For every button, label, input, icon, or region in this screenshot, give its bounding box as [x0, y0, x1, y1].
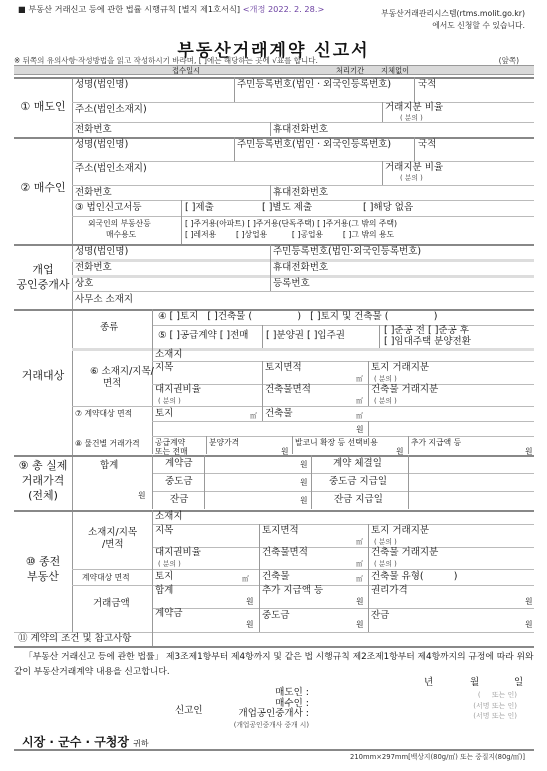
prev-loc-label-1: 소재지/지목 — [88, 527, 137, 539]
grid-line — [408, 455, 409, 509]
buyer-address-field[interactable]: 주소(법인소재지) — [75, 163, 147, 175]
target-label: 거래대상 — [14, 368, 72, 383]
foreign-purpose-label-2: 매수용도 — [106, 229, 136, 241]
grid-line — [72, 348, 534, 351]
buyer-mobile-field[interactable]: 휴대전화번호 — [273, 187, 328, 199]
declaration-text: 「부동산 거래신고 등에 관한 법률」 제3조제1항부터 제4항까지 및 같은 … — [14, 650, 534, 680]
sqm-unit: ㎡ — [356, 410, 363, 422]
middle-date-label: 중도금 지급일 — [329, 476, 387, 488]
total-label-1: ⑨ 총 실제 — [12, 458, 74, 473]
prev-balance-field[interactable]: 잔금 — [371, 610, 389, 622]
period-value: 지체없이 — [381, 66, 409, 76]
grid-line — [382, 161, 383, 185]
online-notice-line1: 부동산거래관리시스템(rtms.molit.go.kr) — [381, 8, 525, 20]
balance-label: 잔금 — [170, 494, 188, 506]
prev-building-type-field[interactable]: 건축물 유형( ) — [371, 571, 458, 583]
agent-office-field[interactable]: 사무소 소재지 — [75, 294, 133, 306]
seller-share-fraction: ( 분의 ) — [400, 112, 423, 124]
seller-id-field[interactable]: 주민등록번호(법인 · 외국인등록번호) — [237, 79, 391, 91]
sqm-unit: ㎡ — [250, 410, 257, 422]
buyer-share-fraction: ( 분의 ) — [400, 172, 423, 184]
corp-report-none-checkbox[interactable]: [ ]해당 없음 — [363, 202, 413, 214]
prev-right-price-field[interactable]: 권리가격 — [371, 585, 408, 597]
grid-line — [234, 77, 235, 102]
grid-line — [414, 77, 415, 102]
revision-date: <개정 2022. 2. 28.> — [243, 4, 325, 14]
won-unit: 원 — [525, 619, 533, 631]
total-sum-label: 합계 — [100, 460, 118, 472]
grid-line — [414, 137, 415, 161]
kind-row4-options[interactable]: ④ [ ]토지 [ ]건축물 ( ) [ ]토지 및 건축물 ( ) — [158, 311, 437, 323]
seal-seller[interactable]: ( 또는 인) — [473, 690, 517, 701]
buyer-phone-field[interactable]: 전화번호 — [75, 187, 112, 199]
buyer-label: ② 매수인 — [14, 180, 72, 195]
grid-line — [292, 436, 293, 454]
total-label-3: (전체) — [12, 488, 74, 503]
grid-line — [72, 161, 534, 162]
previous-label-1: ⑩ 종전 — [14, 554, 72, 569]
agent-phone-field[interactable]: 전화번호 — [75, 262, 112, 274]
prev-building-area-field[interactable]: 건축물면적 — [262, 547, 308, 559]
foreign-purpose-options-row2[interactable]: [ ]레저용 [ ]상업용 [ ]공업용 [ ]그 밖의 용도 — [185, 229, 394, 241]
signer-agent-note: (개업공인중개사 중개 시) — [234, 720, 309, 731]
grid-line — [152, 510, 153, 633]
loc-label-2: 면적 — [103, 378, 121, 390]
target-land-category-field[interactable]: 지목 — [155, 362, 173, 374]
sqm-unit: ㎡ — [356, 536, 363, 548]
prev-deposit-field[interactable]: 계약금 — [155, 608, 183, 620]
paper-spec: 210mm×297mm[백상지(80g/㎡) 또는 중질지(80g/㎡)] — [350, 751, 525, 761]
grid-line — [72, 291, 534, 292]
grid-line — [152, 384, 534, 385]
grid-line — [72, 569, 534, 570]
agent-label-1: 개업 — [14, 262, 72, 277]
won-unit: 원 — [525, 596, 533, 608]
prev-contract-land-field[interactable]: 토지 — [155, 571, 173, 583]
seller-mobile-field[interactable]: 휴대전화번호 — [273, 124, 328, 136]
signature-seals: ( 또는 인) (서명 또는 인) (서명 또는 인) — [473, 690, 517, 722]
seller-nationality-field[interactable]: 국적 — [418, 79, 436, 91]
grid-line — [152, 361, 534, 362]
seller-address-field[interactable]: 주소(법인소재지) — [75, 104, 147, 116]
corp-report-separate-checkbox[interactable]: [ ]별도 제출 — [262, 202, 312, 214]
fraction-unit: ( 분의 ) — [158, 558, 181, 570]
grid-line — [262, 325, 263, 348]
reception-bar: 접수일시 처리기간 지체없이 — [14, 65, 534, 75]
prev-loc-label-2: /면적 — [102, 539, 124, 551]
fraction-unit: ( 분의 ) — [374, 395, 397, 407]
extra-payment-field[interactable]: 추가 지급액 등 — [411, 437, 461, 449]
prev-amount-label: 거래금액 — [93, 598, 130, 610]
prev-contract-building-field[interactable]: 건축물 — [262, 571, 290, 583]
agent-firm-field[interactable]: 상호 — [75, 278, 93, 290]
contract-area-label: ⑦ 계약대상 면적 — [75, 408, 132, 420]
prev-land-category-field[interactable]: 지목 — [155, 525, 173, 537]
kind-row5-supply-options[interactable]: ⑤ [ ]공급계약 [ ]전매 — [158, 330, 248, 342]
won-unit: 원 — [300, 459, 308, 471]
law-reference: ■ 부동산 거래신고 등에 관한 법률 시행규칙 [별지 제1호서식] <개정 … — [18, 4, 324, 15]
contract-land-area-field[interactable]: 토지 — [155, 408, 173, 420]
signer-list: 매도인 : 매수인 : 개업공인중개사 : (개업공인중개사 중개 시) — [234, 688, 309, 730]
seller-name-field[interactable]: 성명(법인명) — [75, 79, 128, 91]
prev-land-area-field[interactable]: 토지면적 — [262, 525, 299, 537]
contract-date-label: 계약 체결일 — [333, 458, 382, 470]
online-notice: 부동산거래관리시스템(rtms.molit.go.kr) 에서도 신청할 수 있… — [381, 8, 525, 32]
agent-mobile-field[interactable]: 휴대전화번호 — [273, 262, 328, 274]
grid-line — [152, 632, 153, 646]
sqm-unit: ㎡ — [356, 395, 363, 407]
grid-line — [206, 436, 207, 454]
corp-report-label: ③ 법인신고서등 — [75, 202, 142, 214]
grid-line — [72, 185, 534, 186]
prev-location-field[interactable]: 소재지 — [155, 511, 183, 523]
grid-line — [14, 510, 534, 512]
agent-name-field[interactable]: 성명(법인명) — [75, 246, 128, 258]
reporter-label: 신고인 — [175, 705, 203, 717]
agent-reg-no-field[interactable]: 등록번호 — [273, 278, 310, 290]
grid-line — [72, 102, 534, 103]
won-unit: 원 — [246, 596, 254, 608]
won-unit: 원 — [356, 619, 364, 631]
loc-label-1: ⑥ 소재지/지목/ — [90, 366, 154, 378]
signer-agent: 개업공인중개사 : — [234, 709, 309, 720]
grid-line — [259, 524, 260, 632]
balcony-cost-field[interactable]: 발코니 확장 등 선택비용 — [295, 437, 378, 449]
prev-middle-field[interactable]: 중도금 — [262, 610, 290, 622]
sqm-unit: ㎡ — [356, 558, 363, 570]
addressee: 시장 · 군수 · 구청장 귀하 — [22, 733, 149, 750]
grid-line — [382, 102, 383, 122]
grid-line — [72, 406, 534, 407]
grid-line — [152, 325, 534, 326]
grid-line — [234, 137, 235, 161]
grid-line — [368, 421, 369, 436]
grid-line — [152, 524, 534, 525]
buyer-id-field[interactable]: 주민등록번호(법인 · 외국인등록번호) — [237, 139, 391, 151]
seal-agent[interactable]: (서명 또는 인) — [473, 711, 517, 722]
grid-line — [72, 216, 534, 217]
agent-id-field[interactable]: 주민등록번호(법인·외국인등록번호) — [273, 246, 421, 258]
grid-line — [270, 122, 271, 136]
balance-date-label: 잔금 지급일 — [334, 494, 383, 506]
fraction-unit: ( 분의 ) — [374, 558, 397, 570]
grid-line — [72, 122, 534, 123]
won-unit: 원 — [246, 619, 254, 631]
price-by-item-label: ⑧ 물건별 거래가격 — [75, 438, 140, 450]
fraction-unit: ( 분의 ) — [158, 395, 181, 407]
grid-line — [152, 547, 534, 548]
won-unit: 원 — [300, 495, 308, 507]
grid-line — [270, 185, 271, 200]
grid-line — [152, 608, 534, 609]
buyer-nationality-field[interactable]: 국적 — [418, 139, 436, 151]
won-unit: 원 — [356, 596, 364, 608]
target-building-area-field[interactable]: 건축물면적 — [265, 384, 311, 396]
period-label: 처리기간 — [336, 66, 364, 76]
law-reference-text: ■ 부동산 거래신고 등에 관한 법률 시행규칙 [별지 제1호서식] — [18, 4, 240, 14]
grid-line — [311, 455, 312, 509]
prev-extra-field[interactable]: 추가 지급액 등 — [262, 585, 323, 597]
grid-line — [14, 646, 534, 648]
grid-line — [152, 473, 534, 474]
signer-seller: 매도인 : — [234, 688, 309, 699]
grid-line — [152, 309, 153, 454]
conditions-label: ⑪ 계약의 조건 및 참고사항 — [18, 633, 131, 645]
corp-report-submit-checkbox[interactable]: [ ]제출 — [185, 202, 214, 214]
sqm-unit: ㎡ — [356, 573, 363, 585]
grid-line — [181, 200, 182, 244]
buyer-name-field[interactable]: 성명(법인명) — [75, 139, 128, 151]
middle-payment-label: 중도금 — [165, 476, 193, 488]
grid-line — [262, 361, 263, 421]
grid-line — [14, 455, 534, 457]
grid-line — [152, 455, 153, 509]
grid-line — [408, 436, 409, 454]
seal-buyer[interactable]: (서명 또는 인) — [473, 701, 517, 712]
target-location-field[interactable]: 소재지 — [155, 349, 183, 361]
date-day[interactable]: 일 — [514, 677, 523, 689]
grid-line — [152, 491, 534, 492]
sale-price-field[interactable]: 분양가격 — [209, 437, 239, 449]
addressee-name: 시장 · 군수 · 구청장 — [22, 735, 129, 749]
contract-building-area-field[interactable]: 건축물 — [265, 408, 293, 420]
kind-label: 종류 — [100, 322, 118, 334]
grid-line — [72, 200, 534, 201]
sqm-unit: ㎡ — [242, 573, 249, 585]
seller-label: ① 매도인 — [14, 99, 72, 114]
grid-line — [379, 325, 380, 348]
won-unit: 원 — [138, 490, 146, 502]
sqm-unit: ㎡ — [356, 373, 363, 385]
date-year[interactable]: 년 — [424, 677, 433, 689]
won-unit: 원 — [300, 477, 308, 489]
grid-line — [270, 244, 271, 291]
addressee-honorific: 귀하 — [133, 739, 148, 748]
online-notice-line2: 에서도 신청할 수 있습니다. — [381, 20, 525, 32]
grid-line — [368, 524, 369, 632]
grid-line — [152, 421, 534, 422]
total-label-2: 거래가격 — [12, 473, 74, 488]
received-label: 접수일시 — [172, 66, 200, 76]
kind-row5-rental-option[interactable]: [ ]임대주택 분양전환 — [384, 336, 471, 348]
grid-line — [204, 455, 205, 509]
kind-row5-right-options[interactable]: [ ]분양권 [ ]입주권 — [266, 330, 345, 342]
agent-label-2: 공인중개사 — [12, 277, 74, 292]
previous-label-2: 부동산 — [14, 569, 72, 584]
deposit-label: 계약금 — [165, 458, 193, 470]
won-unit: 원 — [356, 424, 364, 436]
seller-phone-field[interactable]: 전화번호 — [75, 124, 112, 136]
prev-contract-area-label: 계약대상 면적 — [82, 572, 130, 584]
grid-line — [368, 361, 369, 406]
date-month[interactable]: 월 — [470, 677, 479, 689]
prev-sum-field[interactable]: 합계 — [155, 585, 173, 597]
target-land-area-field[interactable]: 토지면적 — [265, 362, 302, 374]
